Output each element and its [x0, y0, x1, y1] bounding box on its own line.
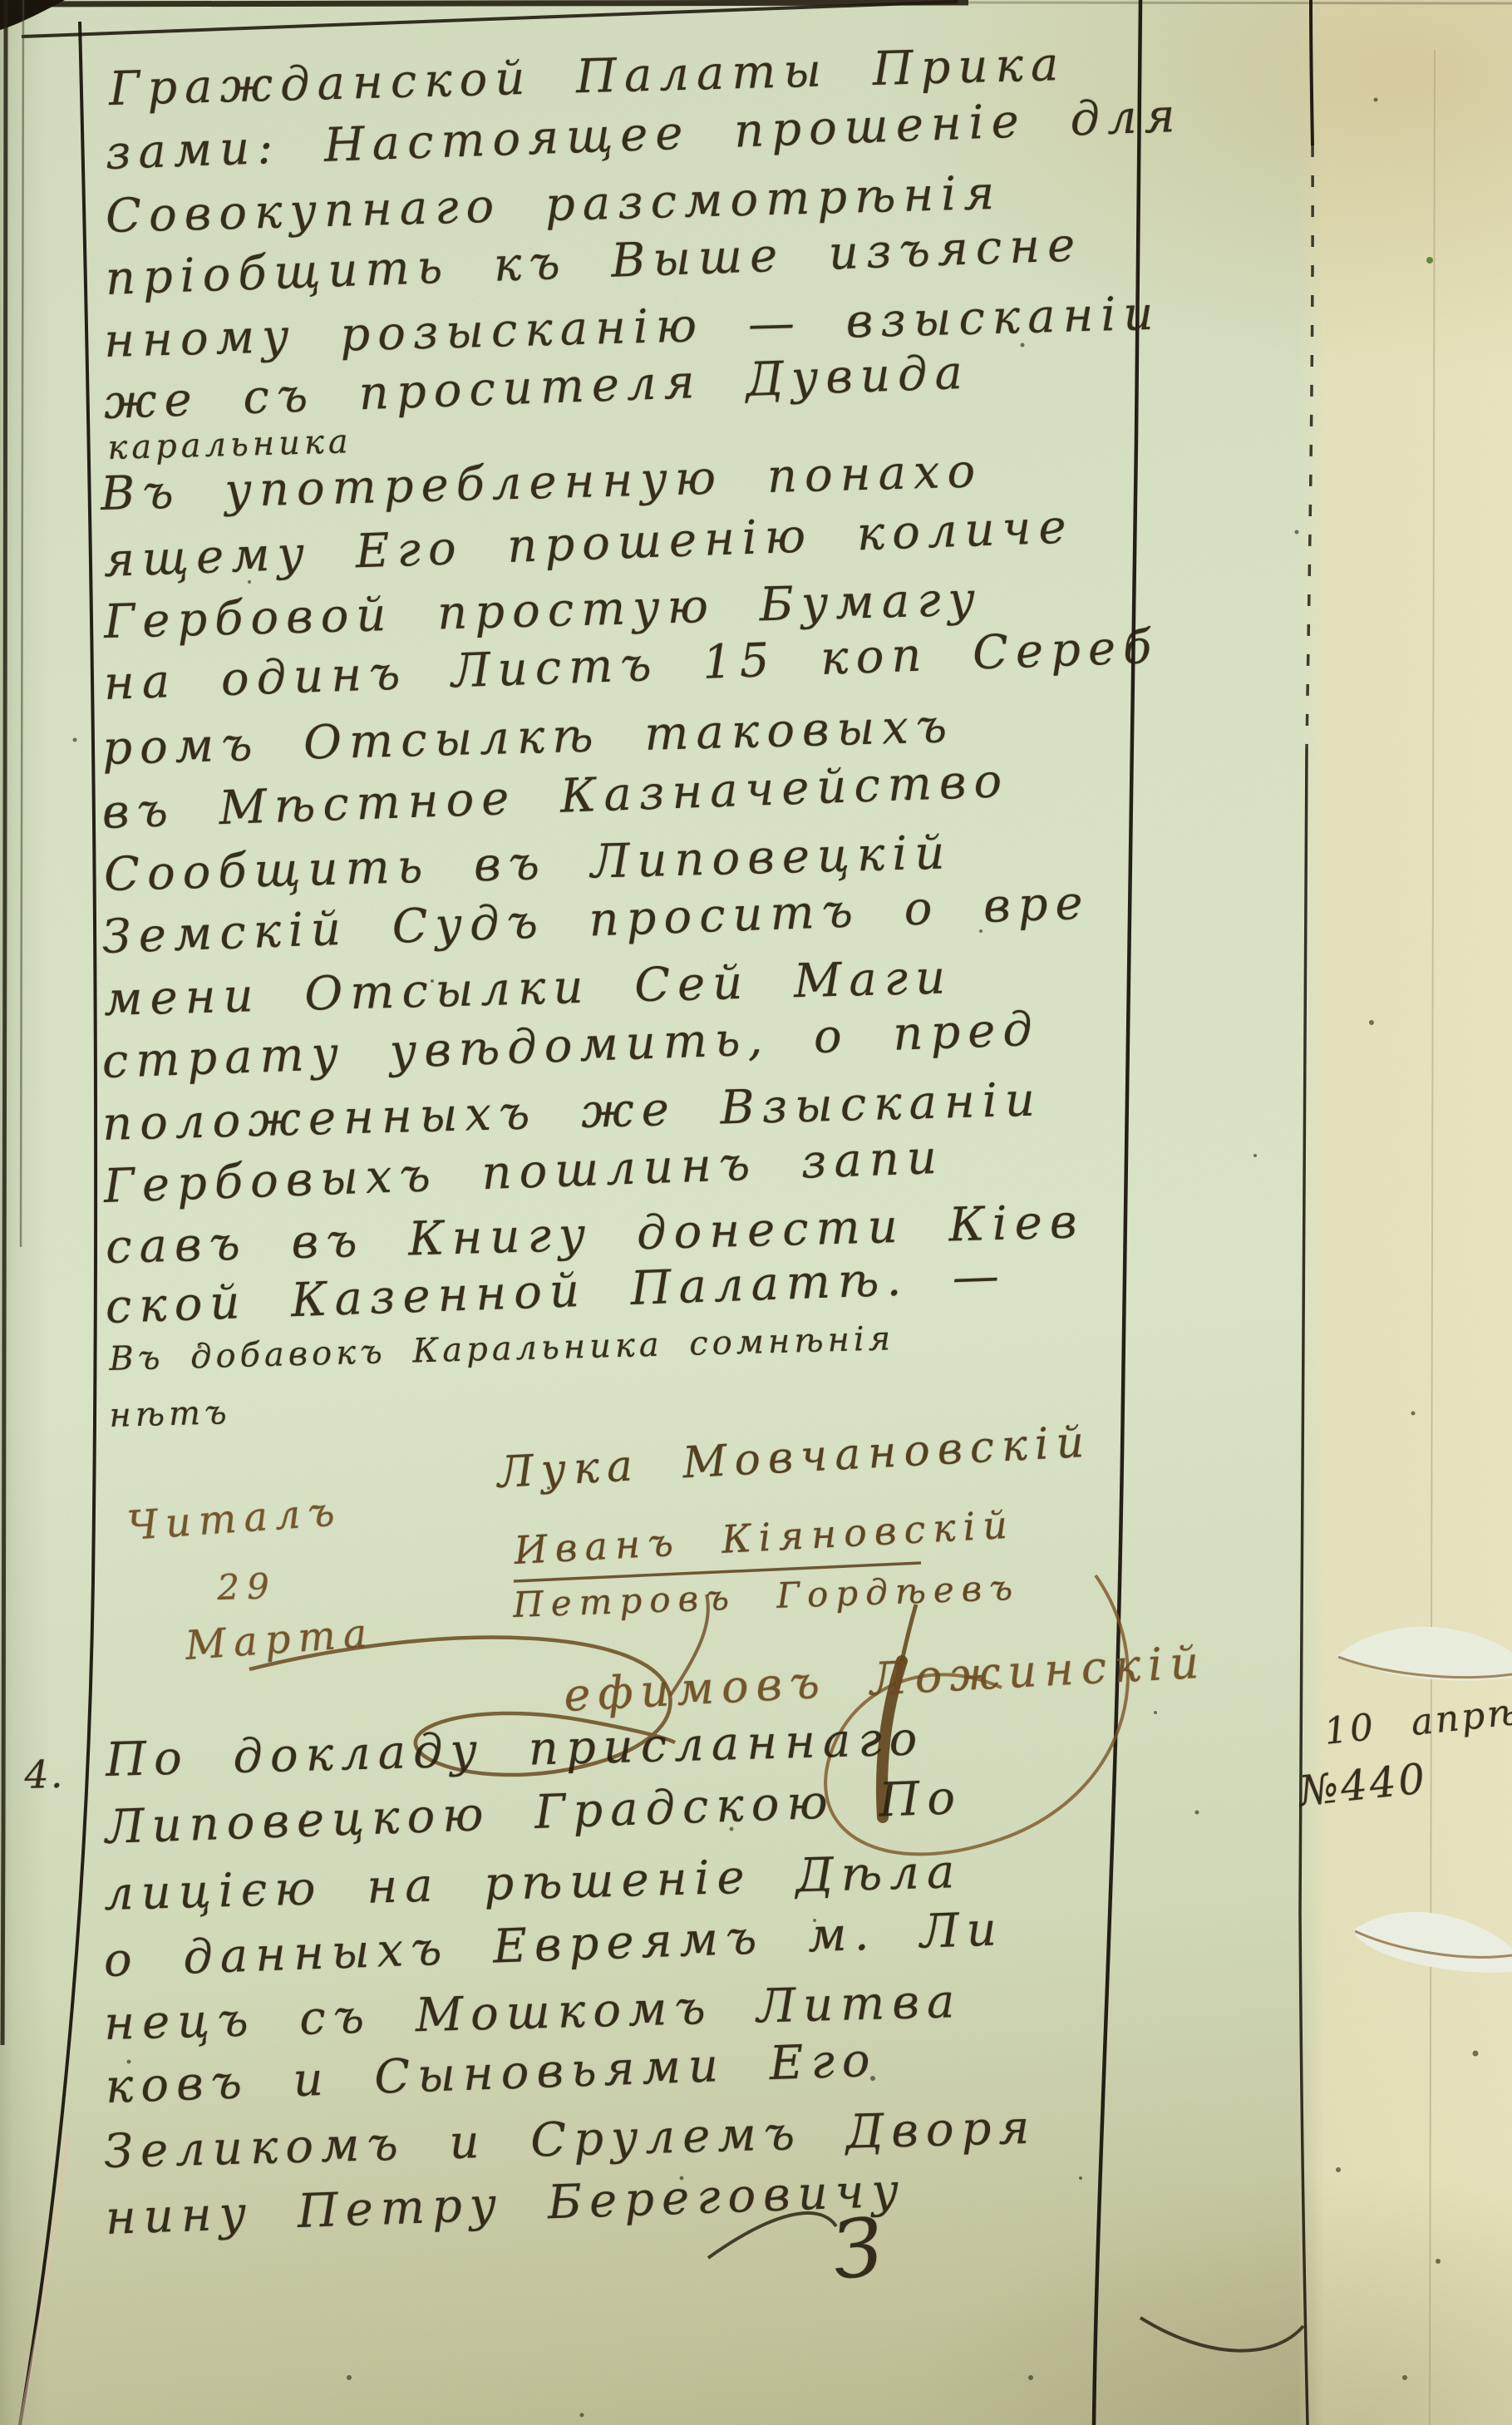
margin-item-number: 4. [24, 1752, 65, 1797]
inserted-word: каральника [107, 422, 352, 467]
document-page: Гражданской Палаты Прика зами: Настоящее… [0, 0, 1512, 2425]
page-number: З [828, 2200, 887, 2298]
addendum-line: нѣтъ [109, 1393, 231, 1435]
reader-note-line: 29 [217, 1565, 278, 1608]
